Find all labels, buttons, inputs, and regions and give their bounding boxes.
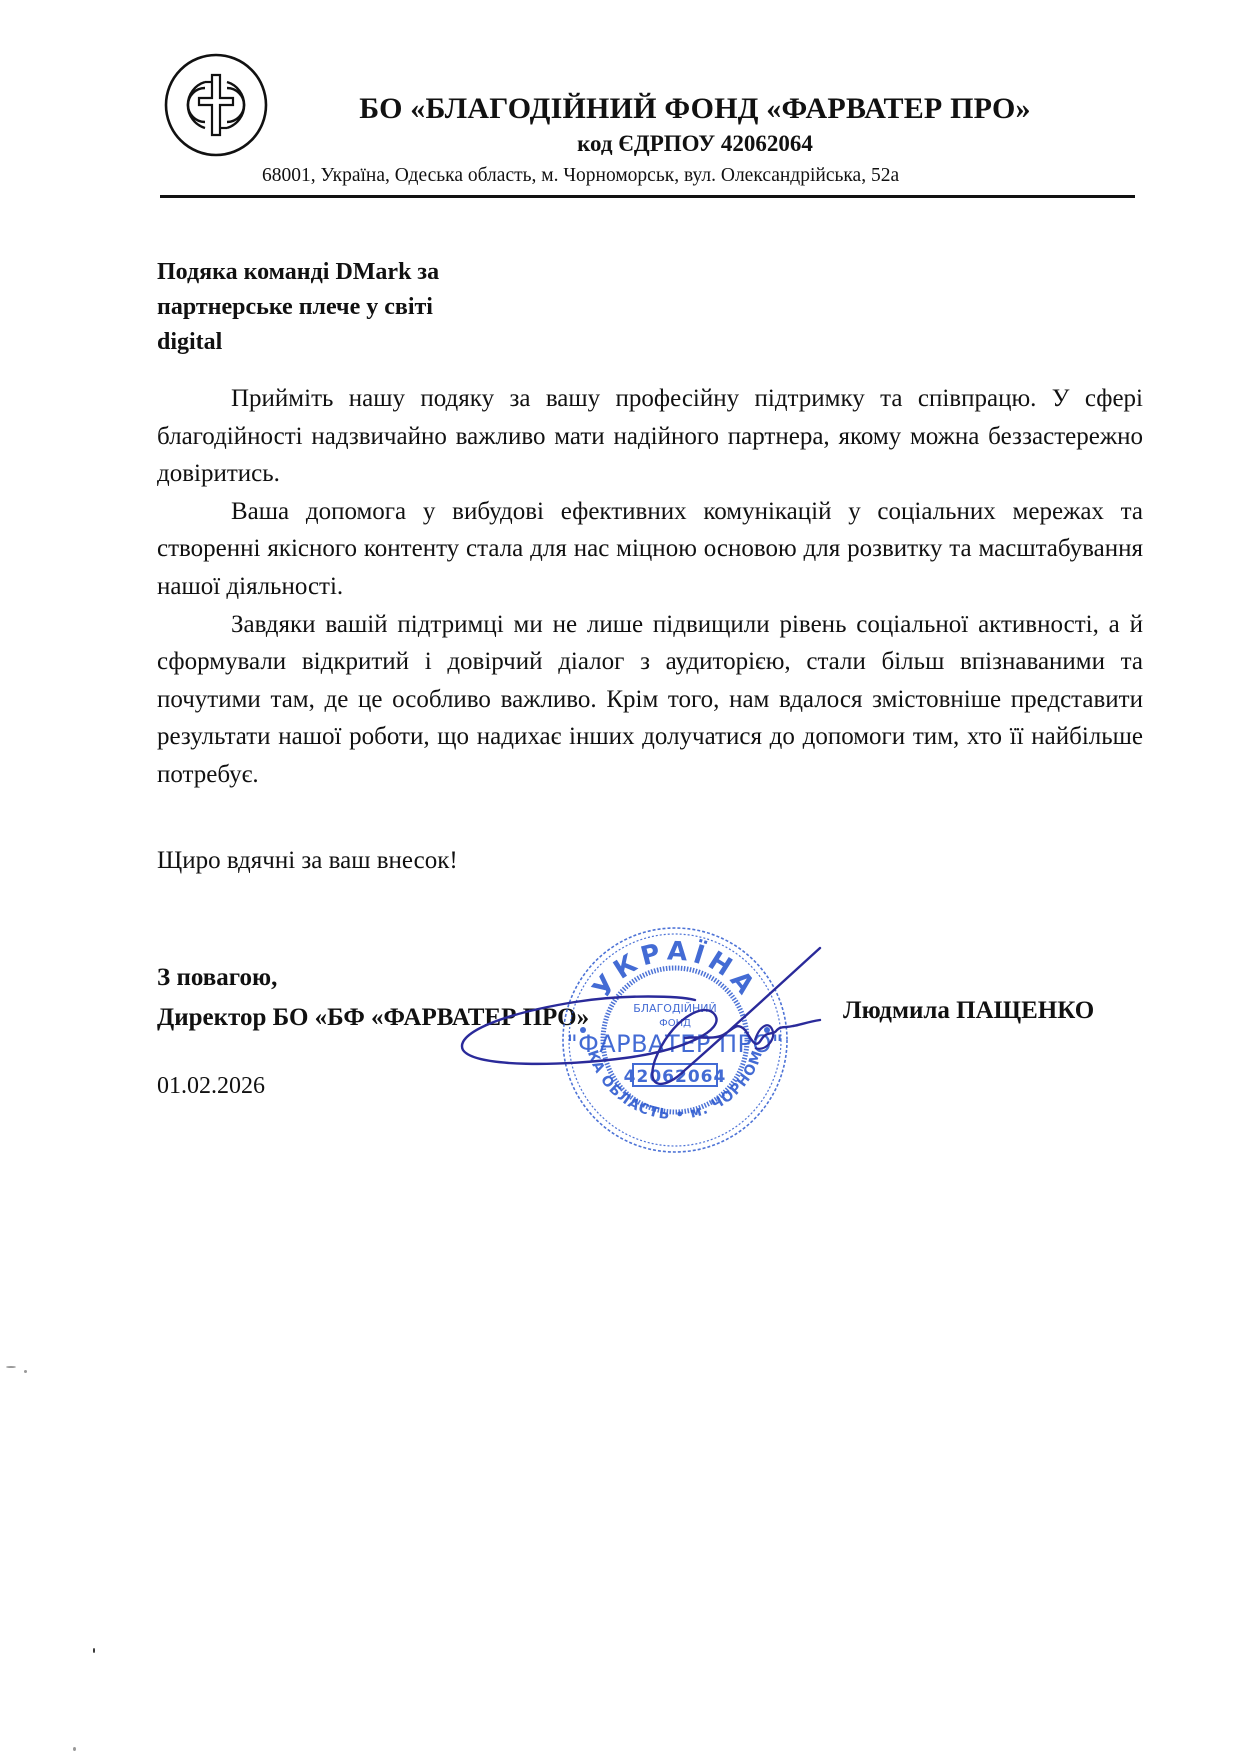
title-line: партнерське плече у світі bbox=[157, 290, 557, 325]
title-line: digital bbox=[157, 325, 557, 360]
scan-artifact bbox=[24, 1370, 27, 1373]
organization-code: код ЄДРПОУ 42062064 bbox=[300, 131, 1090, 157]
body-paragraph: Ваша допомога у вибудові ефективних кому… bbox=[157, 493, 1143, 606]
scan-artifact bbox=[73, 1747, 76, 1751]
body-paragraph: Завдяки вашій підтримці ми не лише підви… bbox=[157, 606, 1143, 794]
organization-address: 68001, Україна, Одеська область, м. Чорн… bbox=[262, 165, 899, 187]
letter-title: Подяка команді DMark за партнерське плеч… bbox=[157, 255, 557, 360]
scan-artifact bbox=[93, 1648, 95, 1653]
letter-page: БО «БЛАГОДІЙНИЙ ФОНД «ФАРВАТЕР ПРО» код … bbox=[0, 0, 1240, 1754]
handwritten-signature-icon bbox=[455, 940, 835, 1090]
thanks-line: Щиро вдячні за ваш внесок! bbox=[157, 847, 458, 875]
header-divider bbox=[160, 195, 1135, 198]
scan-artifact bbox=[6, 1366, 16, 1368]
signer-name: Людмила ПАЩЕНКО bbox=[843, 997, 1094, 1025]
organization-name: БО «БЛАГОДІЙНИЙ ФОНД «ФАРВАТЕР ПРО» bbox=[300, 92, 1090, 126]
body-paragraph: Прийміть нашу подяку за вашу професійну … bbox=[157, 380, 1143, 493]
letter-body: Прийміть нашу подяку за вашу професійну … bbox=[157, 380, 1143, 794]
title-line: Подяка команді DMark за bbox=[157, 255, 557, 290]
letter-date: 01.02.2026 bbox=[157, 1073, 265, 1100]
foundation-logo-icon bbox=[163, 52, 269, 158]
